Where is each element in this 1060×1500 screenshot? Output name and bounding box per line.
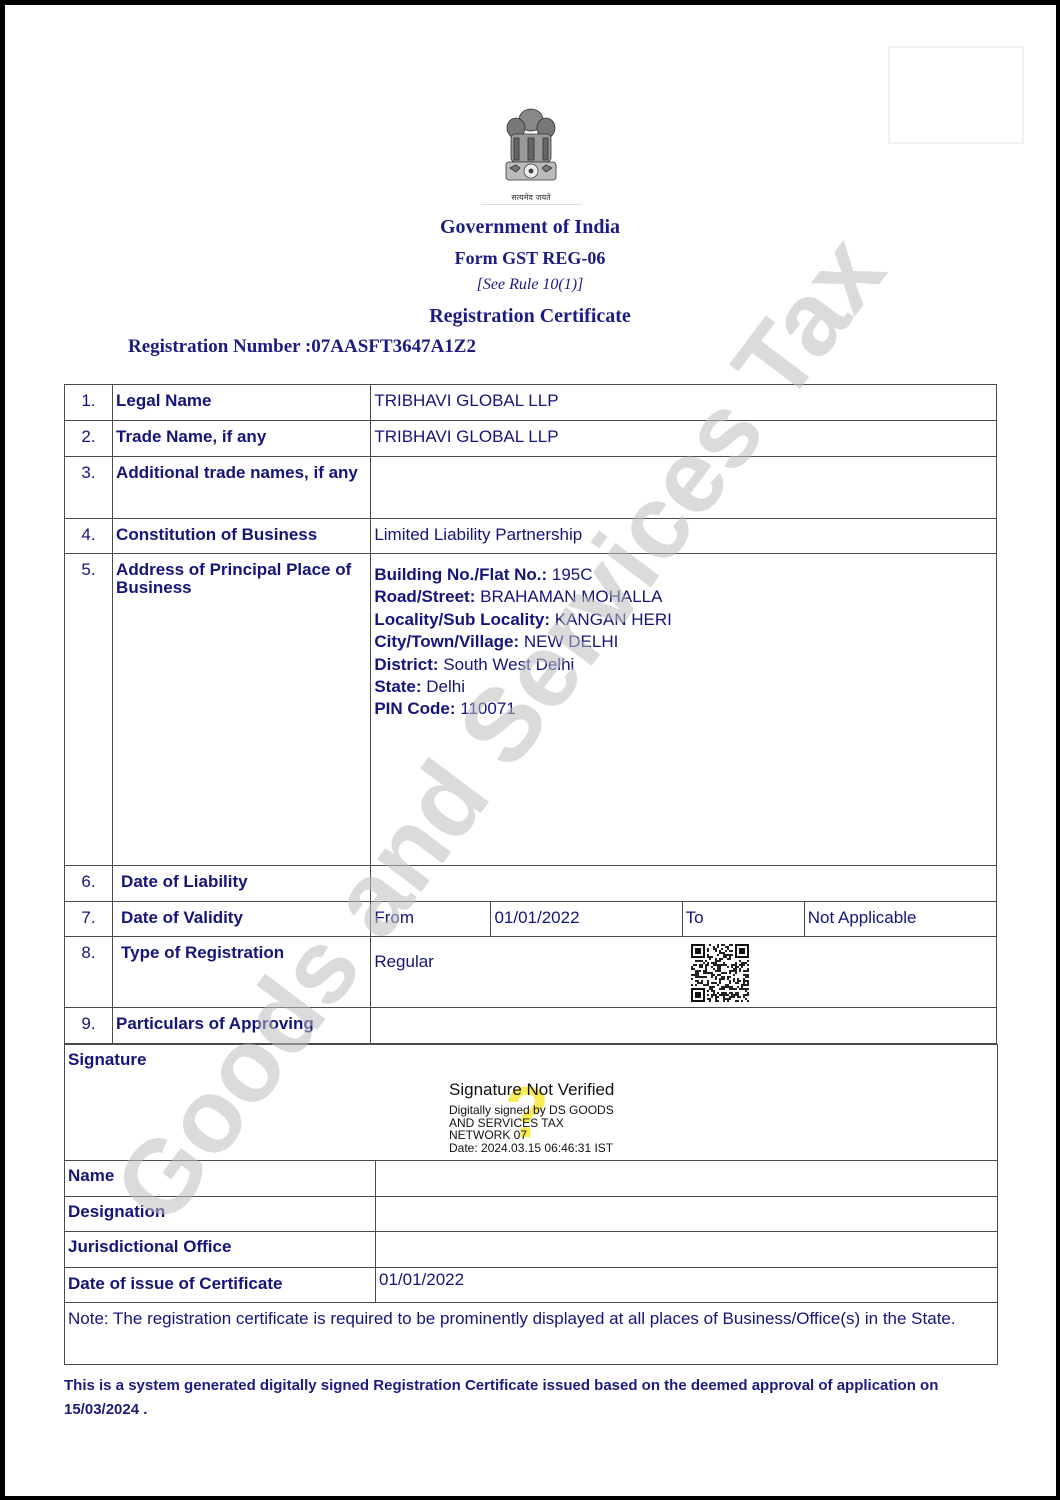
address-field-label: Locality/Sub Locality: bbox=[374, 610, 550, 629]
address-field-value: South West Delhi bbox=[443, 655, 574, 674]
designation-value bbox=[376, 1197, 998, 1232]
row-label: Date of Validity bbox=[113, 902, 371, 937]
address-line: Building No./Flat No.: 195C bbox=[374, 564, 993, 586]
signature-date: Date: 2024.03.15 06:46:31 IST bbox=[449, 1142, 614, 1155]
signature-row: Signature ? Signature Not Verified Digit… bbox=[65, 1045, 998, 1161]
address-line: City/Town/Village: NEW DELHI bbox=[374, 631, 993, 653]
address-line: Road/Street: BRAHAMAN MOHALLA bbox=[374, 586, 993, 608]
national-emblem: सत्यमेव जयते bbox=[481, 104, 581, 205]
address-field-value: BRAHAMAN MOHALLA bbox=[480, 587, 662, 606]
trade-name-value: TRIBHAVI GLOBAL LLP bbox=[371, 421, 997, 457]
table-row: 6. Date of Liability bbox=[65, 866, 997, 902]
signature-table: Signature ? Signature Not Verified Digit… bbox=[64, 1044, 998, 1365]
address-field-label: District: bbox=[374, 655, 438, 674]
row-number: 9. bbox=[65, 1008, 113, 1044]
approving-particulars-value bbox=[371, 1008, 997, 1044]
registration-number-value: 07AASFT3647A1Z2 bbox=[311, 336, 476, 357]
designation-label: Designation bbox=[65, 1197, 376, 1232]
additional-trade-names-value bbox=[371, 457, 997, 519]
signature-block: Signature ? Signature Not Verified Digit… bbox=[65, 1045, 997, 1160]
rule-reference: [See Rule 10(1)] bbox=[0, 276, 1060, 294]
table-row: Designation bbox=[65, 1197, 998, 1232]
row-number: 3. bbox=[65, 457, 113, 519]
corner-placeholder-box bbox=[888, 46, 1024, 144]
row-number: 2. bbox=[65, 421, 113, 457]
name-label: Name bbox=[65, 1161, 376, 1197]
table-row: Jurisdictional Office bbox=[65, 1232, 998, 1268]
validity-from-label: From bbox=[371, 902, 491, 937]
form-heading: Form GST REG-06 bbox=[0, 248, 1060, 269]
table-row: 3. Additional trade names, if any bbox=[65, 457, 997, 519]
table-row: 2. Trade Name, if any TRIBHAVI GLOBAL LL… bbox=[65, 421, 997, 457]
row-label: Constitution of Business bbox=[113, 519, 371, 554]
validity-from-date: 01/01/2022 bbox=[491, 902, 682, 937]
address-field-value: 110071 bbox=[460, 699, 515, 718]
row-label: Type of Registration bbox=[113, 937, 371, 1008]
address-line: District: South West Delhi bbox=[374, 654, 993, 676]
emblem-icon bbox=[496, 104, 566, 192]
table-row: Name bbox=[65, 1161, 998, 1197]
validity-to-label: To bbox=[682, 902, 804, 937]
address-line: State: Delhi bbox=[374, 676, 993, 698]
row-label: Address of Principal Place of Business bbox=[113, 554, 371, 866]
row-label: Particulars of Approving bbox=[113, 1008, 371, 1044]
table-row: 1. Legal Name TRIBHAVI GLOBAL LLP bbox=[65, 385, 997, 421]
digital-signature-stamp: Signature Not Verified Digitally signed … bbox=[449, 1080, 614, 1154]
row-number: 6. bbox=[65, 866, 113, 902]
table-row: Date of issue of Certificate 01/01/2022 bbox=[65, 1268, 998, 1303]
row-number: 1. bbox=[65, 385, 113, 421]
issue-date-label: Date of issue of Certificate bbox=[65, 1268, 376, 1303]
address-field-label: State: bbox=[374, 677, 421, 696]
name-value bbox=[376, 1161, 998, 1197]
signature-detail-line: Digitally signed by DS GOODS bbox=[449, 1104, 614, 1117]
registration-number-label: Registration Number : bbox=[128, 336, 311, 357]
signature-status: Signature Not Verified bbox=[449, 1080, 614, 1100]
table-row: Note: The registration certificate is re… bbox=[65, 1303, 998, 1365]
signature-detail-line: NETWORK 07 bbox=[449, 1129, 614, 1142]
address-field-value: 195C bbox=[552, 565, 593, 584]
address-field-value: NEW DELHI bbox=[524, 632, 618, 651]
address-value: Building No./Flat No.: 195C Road/Street:… bbox=[371, 554, 997, 866]
registration-number: Registration Number :07AASFT3647A1Z2 bbox=[128, 336, 476, 358]
row-label: Trade Name, if any bbox=[113, 421, 371, 457]
row-number: 7. bbox=[65, 902, 113, 937]
address-field-label: Building No./Flat No.: bbox=[374, 565, 547, 584]
signature-label: Signature bbox=[68, 1051, 146, 1069]
address-field-label: Road/Street: bbox=[374, 587, 475, 606]
registration-type-value: Regular bbox=[374, 953, 434, 971]
legal-name-value: TRIBHAVI GLOBAL LLP bbox=[371, 385, 997, 421]
signature-cell: Signature ? Signature Not Verified Digit… bbox=[65, 1045, 998, 1161]
signature-details: Digitally signed by DS GOODS AND SERVICE… bbox=[449, 1104, 614, 1154]
validity-to-date: Not Applicable bbox=[804, 902, 996, 937]
address-line: PIN Code: 110071 bbox=[374, 698, 993, 720]
table-row: 9. Particulars of Approving bbox=[65, 1008, 997, 1044]
table-row: 5. Address of Principal Place of Busines… bbox=[65, 554, 997, 866]
jurisdictional-office-value bbox=[376, 1232, 998, 1268]
system-generated-note: This is a system generated digitally sig… bbox=[64, 1374, 994, 1422]
qr-code-icon bbox=[691, 944, 749, 1002]
display-note: Note: The registration certificate is re… bbox=[65, 1303, 998, 1365]
row-number: 5. bbox=[65, 554, 113, 866]
table-row: 4. Constitution of Business Limited Liab… bbox=[65, 519, 997, 554]
emblem-motto: सत्यमेव जयते bbox=[481, 192, 581, 203]
issue-date-value: 01/01/2022 bbox=[376, 1268, 998, 1303]
date-of-liability-value bbox=[371, 866, 997, 902]
table-row: 8. Type of Registration Regular bbox=[65, 937, 997, 1008]
row-label: Legal Name bbox=[113, 385, 371, 421]
row-label: Additional trade names, if any bbox=[113, 457, 371, 519]
address-field-label: PIN Code: bbox=[374, 699, 455, 718]
registration-details-table: 1. Legal Name TRIBHAVI GLOBAL LLP 2. Tra… bbox=[64, 384, 997, 1044]
government-heading: Government of India bbox=[0, 216, 1060, 239]
table-row: 7. Date of Validity From 01/01/2022 To N… bbox=[65, 902, 997, 937]
address-field-value: Delhi bbox=[426, 677, 465, 696]
row-number: 8. bbox=[65, 937, 113, 1008]
address-line: Locality/Sub Locality: KANGAN HERI bbox=[374, 609, 993, 631]
row-number: 4. bbox=[65, 519, 113, 554]
address-field-label: City/Town/Village: bbox=[374, 632, 519, 651]
registration-type-cell: Regular bbox=[371, 937, 997, 1008]
constitution-value: Limited Liability Partnership bbox=[371, 519, 997, 554]
jurisdictional-office-label: Jurisdictional Office bbox=[65, 1232, 376, 1268]
row-label: Date of Liability bbox=[113, 866, 371, 902]
address-field-value: KANGAN HERI bbox=[555, 610, 672, 629]
certificate-title: Registration Certificate bbox=[0, 305, 1060, 328]
